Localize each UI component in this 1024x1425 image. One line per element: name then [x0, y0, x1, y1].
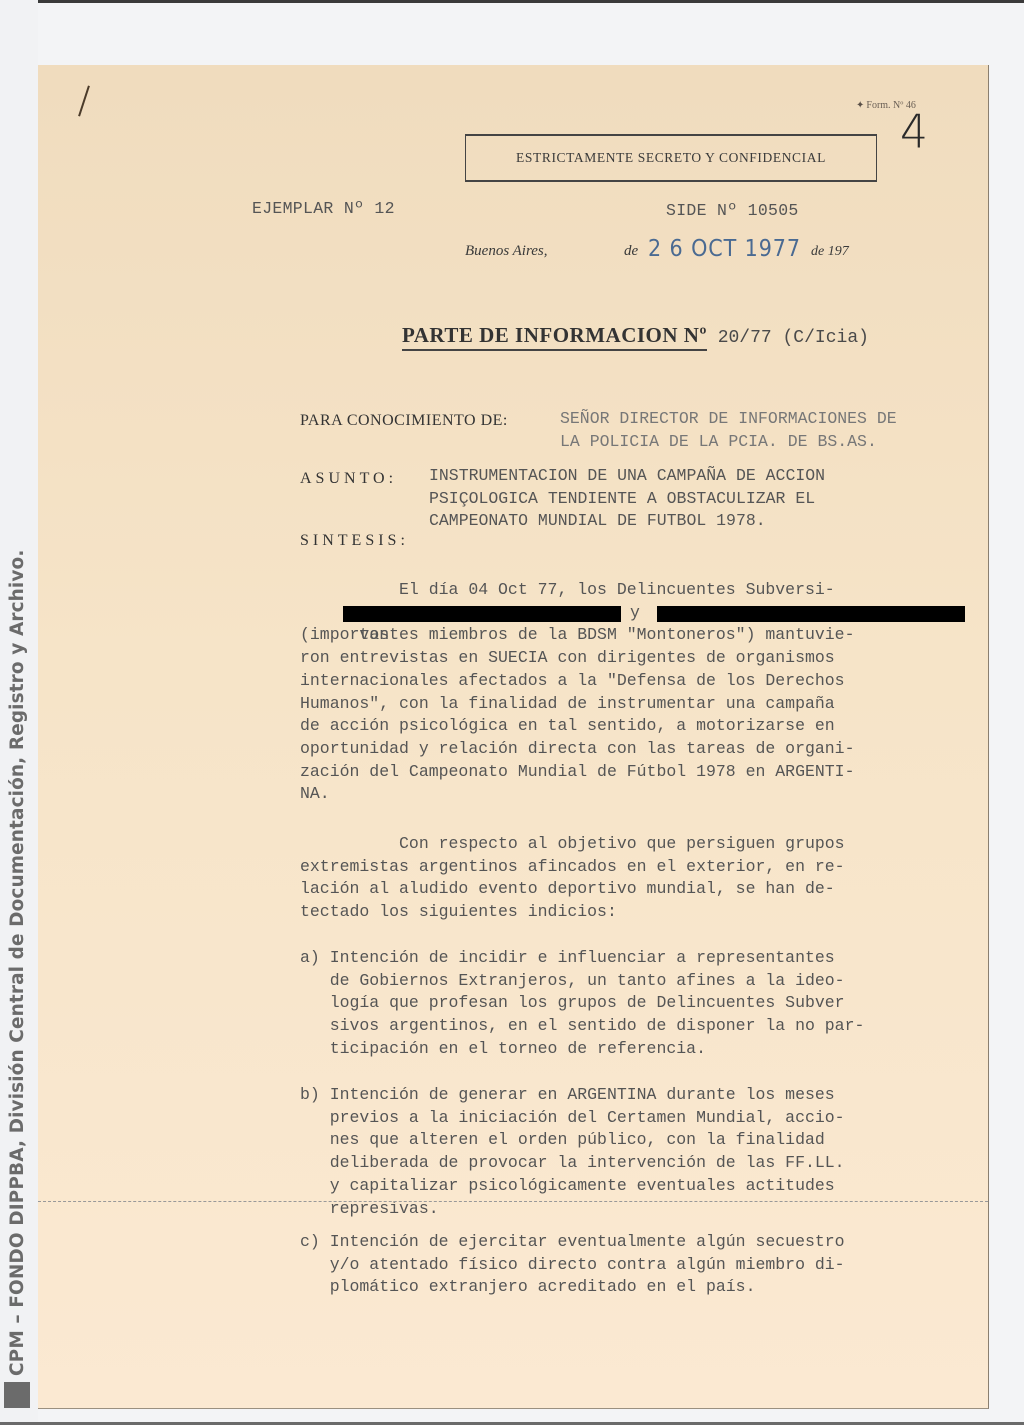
indicio-item-c: c) Intención de ejercitar eventualmente … — [300, 1231, 845, 1299]
synthesis-paragraph-2: Con respecto al objetivo que persiguen g… — [300, 833, 845, 924]
archive-label: CPM – FONDO DIPPBA, División Central de … — [4, 550, 30, 1408]
indicio-item-b: b) Intención de generar en ARGENTINA dur… — [300, 1084, 845, 1220]
archive-square-icon — [4, 1382, 30, 1408]
text-line: Con respecto al objetivo que persiguen g… — [300, 833, 845, 856]
side-number: SIDE Nº 10505 — [666, 200, 799, 223]
scan-top-edge — [0, 0, 1024, 3]
date-prefix: de — [624, 243, 638, 260]
text-line: internacionales afectados a la "Defensa … — [300, 670, 855, 693]
stamp-mark-icon: ✦ — [856, 100, 864, 111]
date-suffix: de 197 — [811, 244, 849, 260]
date-stamp: 2 6 OCT 1977 — [648, 236, 801, 262]
text-line: oportunidad y relación directa con las t… — [300, 738, 855, 761]
addressee-label: PARA CONOCIMIENTO DE: — [300, 412, 508, 430]
addressee-line: SEÑOR DIRECTOR DE INFORMACIONES DE — [560, 408, 897, 431]
indicio-item-a: a) Intención de incidir e influenciar a … — [300, 947, 864, 1061]
text-line: extremistas argentinos afincados en el e… — [300, 856, 845, 879]
text-line: zación del Campeonato Mundial de Fútbol … — [300, 761, 855, 784]
text-line: b) Intención de generar en ARGENTINA dur… — [300, 1084, 845, 1107]
city: Buenos Aires, — [465, 243, 548, 260]
subject-line: PSIÇOLOGICA TENDIENTE A OBSTACULIZAR EL — [429, 488, 825, 511]
text-line: El día 04 Oct 77, los Delincuentes Subve… — [300, 579, 855, 602]
synthesis-label: SINTESIS: — [300, 532, 409, 550]
fold-line — [38, 1201, 988, 1202]
text-line: y capitalizar psicológicamente eventuale… — [300, 1175, 845, 1198]
redaction-bar — [657, 606, 965, 622]
subject-label: ASUNTO: — [300, 470, 397, 488]
copy-number: EJEMPLAR Nº 12 — [252, 198, 395, 221]
classification-box: ESTRICTAMENTE SECRETO Y CONFIDENCIAL — [465, 134, 877, 182]
text-line: tectado los siguientes indicios: — [300, 901, 845, 924]
subject-line: INSTRUMENTACION DE UNA CAMPAÑA DE ACCION — [429, 465, 825, 488]
text-fragment: y — [630, 602, 640, 625]
document-page: ✦Form. Nº 46 4 ESTRICTAMENTE SECRETO Y C… — [38, 65, 989, 1409]
addressee-line: LA POLICIA DE LA PCIA. DE BS.AS. — [560, 431, 897, 454]
addressee: SEÑOR DIRECTOR DE INFORMACIONES DE LA PO… — [560, 408, 897, 453]
text-line: de acción psicológica en tal sentido, a … — [300, 715, 855, 738]
text-line: de Gobiernos Extranjeros, un tanto afine… — [300, 970, 864, 993]
text-line: nes que alteren el orden público, con la… — [300, 1129, 845, 1152]
title-number: 20/77 (C/Icia) — [707, 328, 869, 348]
text-line: c) Intención de ejercitar eventualmente … — [300, 1231, 845, 1254]
text-line: sivos argentinos, en el sentido de dispo… — [300, 1015, 864, 1038]
text-line: a) Intención de incidir e influenciar a … — [300, 947, 864, 970]
subject: INSTRUMENTACION DE UNA CAMPAÑA DE ACCION… — [429, 465, 825, 533]
redacted-line: vos y — [300, 602, 855, 625]
text-fragment: vos — [359, 625, 389, 644]
title-main: PARTE DE INFORMACION Nº — [402, 323, 707, 351]
synthesis-paragraph-1: El día 04 Oct 77, los Delincuentes Subve… — [300, 579, 855, 806]
text-line: logía que profesan los grupos de Delincu… — [300, 992, 864, 1015]
redaction-bar — [343, 606, 621, 622]
text-line: ron entrevistas en SUECIA con dirigentes… — [300, 647, 855, 670]
text-line: previos a la iniciación del Certamen Mun… — [300, 1107, 845, 1130]
text-line: plomático extranjero acreditado en el pa… — [300, 1276, 845, 1299]
text-line: ticipación en el torneo de referencia. — [300, 1038, 864, 1061]
document-title: PARTE DE INFORMACION Nº 20/77 (C/Icia) — [402, 323, 869, 348]
classification-text: ESTRICTAMENTE SECRETO Y CONFIDENCIAL — [516, 150, 826, 166]
text-line: lación al aludido evento deportivo mundi… — [300, 878, 845, 901]
text-line: NA. — [300, 783, 855, 806]
handwritten-page-number: 4 — [900, 106, 928, 160]
subject-line: CAMPEONATO MUNDIAL DE FUTBOL 1978. — [429, 510, 825, 533]
archive-label-text: CPM – FONDO DIPPBA, División Central de … — [7, 550, 28, 1376]
text-line: deliberada de provocar la intervención d… — [300, 1152, 845, 1175]
pen-mark — [78, 85, 90, 116]
text-line: Humanos", con la finalidad de instrument… — [300, 693, 855, 716]
text-line: y/o atentado físico directo contra algún… — [300, 1254, 845, 1277]
